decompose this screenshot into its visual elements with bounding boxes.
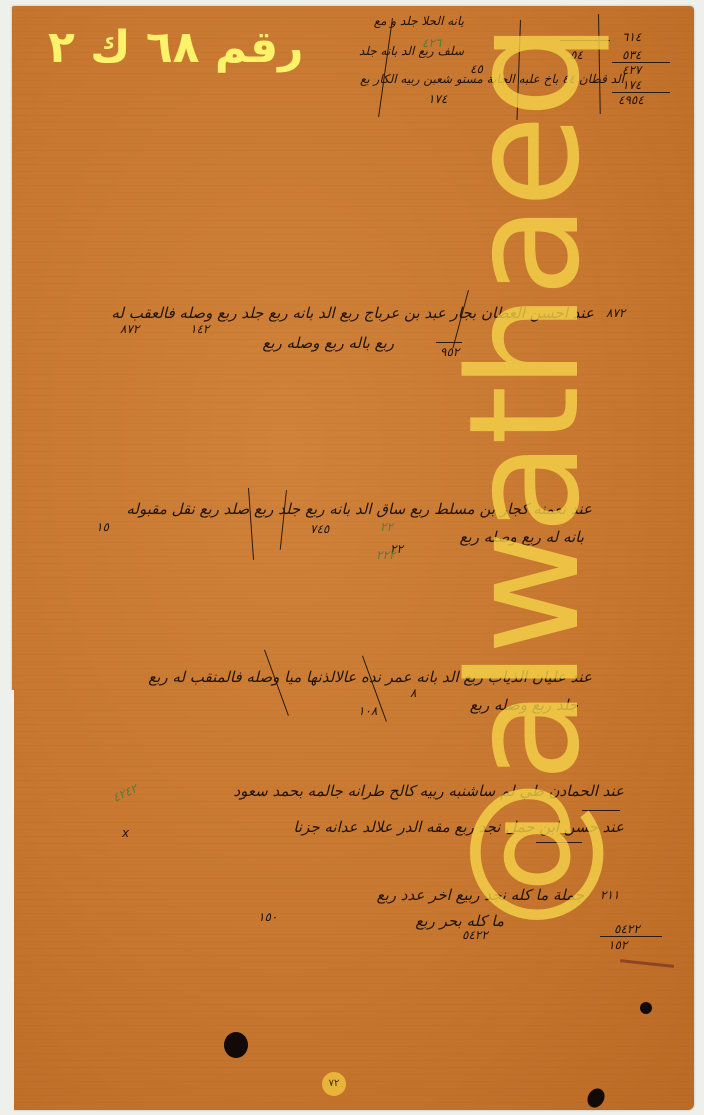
ink-spot	[224, 1032, 248, 1058]
entry-1-number-1: ١٤٢	[190, 322, 209, 336]
entry-2-number-3: ١٥	[96, 520, 109, 534]
entry-5-sum-rule	[600, 936, 662, 937]
margin-calc-2: ٥٣٤	[622, 48, 641, 62]
entry-5-number-1: ٥٤٢٢	[462, 928, 488, 942]
entry-1-number-2: ٨٧٢	[120, 322, 139, 336]
ink-spot	[640, 1002, 652, 1014]
entry-1-line-2: ربع باله ربع وصله ربع	[262, 334, 394, 352]
entry-3-number-1: ٨	[410, 686, 416, 700]
entry-5-number-4: ١٥٢	[608, 938, 627, 952]
margin-calc-3: ٤٢٧	[622, 63, 641, 77]
entry-2-number-1: ٢٢	[380, 520, 393, 534]
entry-2-number-2: ٧٤٥	[310, 522, 329, 536]
entry-4-side-mark: x	[122, 826, 129, 840]
document-stamp-title: رقم ٦٨ ك ٢	[48, 18, 304, 78]
margin-calc-5: ٤٩٥٤	[618, 93, 644, 107]
watermark: @alwathaeq	[440, 26, 610, 930]
paper-torn-edge	[0, 690, 14, 1110]
entry-2-number-5: ٢٢٢	[376, 548, 395, 562]
margin-calc-1: ٦١٤	[622, 30, 641, 44]
entry-3-number-2: ١٠٨	[358, 704, 377, 718]
entry-5-number-3: ٥٤٢٢	[614, 922, 640, 936]
entry-5-number-2: ١٥٠	[258, 910, 277, 924]
margin-calc-4: ١٧٤	[622, 78, 641, 92]
page-number-badge: ٧٢	[322, 1072, 346, 1096]
